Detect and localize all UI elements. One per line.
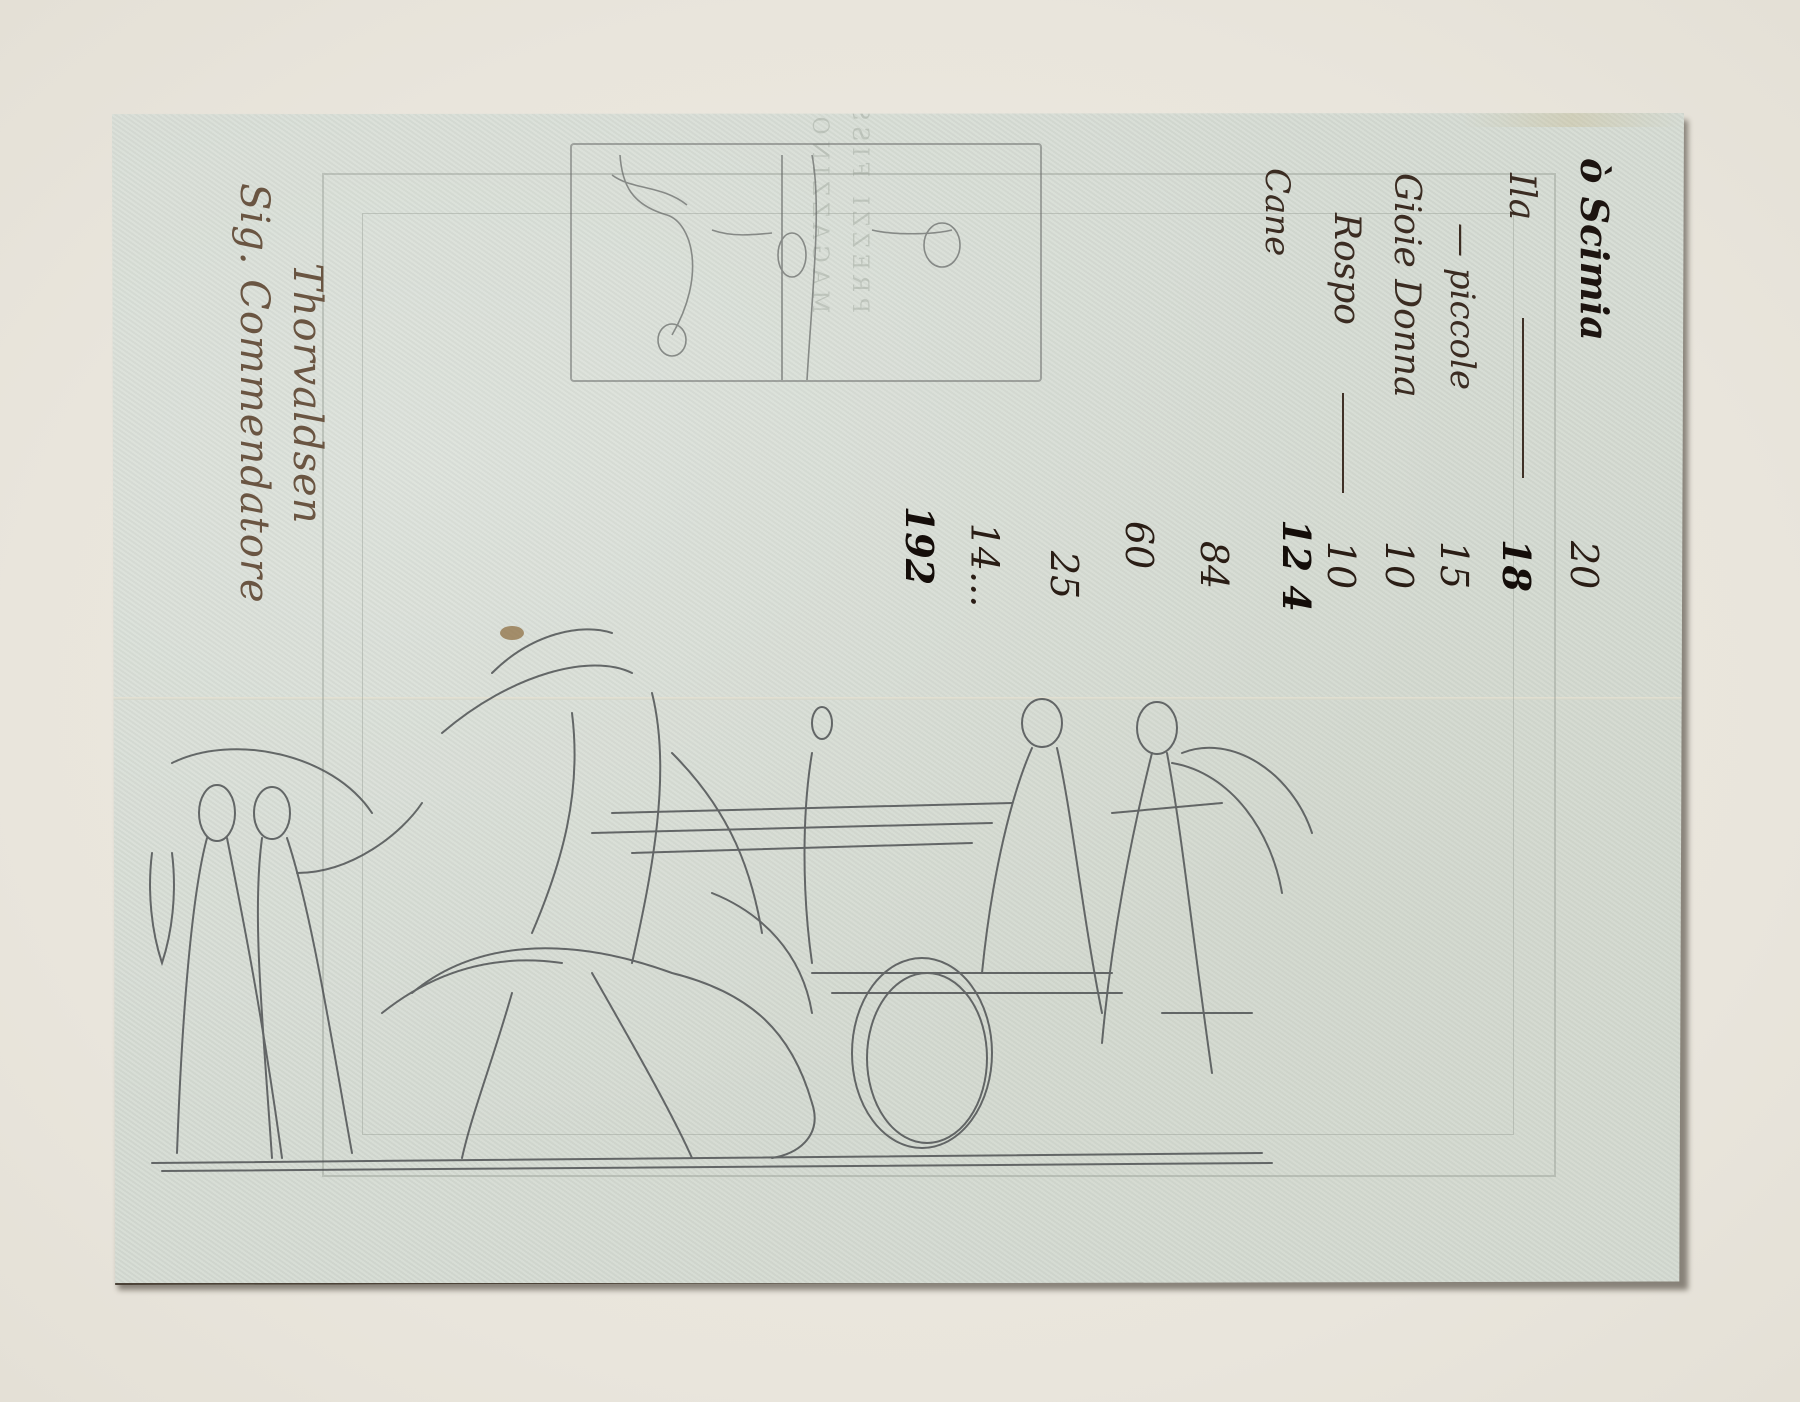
inscription-value-5: 10 [1319,541,1363,589]
inscription-value-1: 20 [1562,541,1606,589]
inscription-label-1: ò Scimia [1572,158,1617,341]
drawing-sheet: MAGAZZINO DI GIOIE PREZZI FISSI IN ROMA [112,113,1684,1285]
inscription-value-4: 10 [1377,541,1421,589]
address-line-2: Thorvaldsen [284,263,330,524]
sum-number-25: 25 [1042,551,1086,599]
inscription-value-3: 15 [1432,541,1476,589]
inscription-dash [1342,393,1344,493]
inscription-label-3: — piccole [1442,223,1482,390]
sum-number-60: 60 [1117,521,1161,569]
inscription-label-6: Cane [1257,168,1297,256]
inscription-value-6: 12 4 [1274,519,1319,612]
inscription-value-2: 18 [1494,539,1539,592]
address-line-1: Sig. Commendatore [231,183,277,604]
inscription-label-2: Ila [1501,173,1542,220]
sum-number-14: 14... [962,523,1006,608]
sum-number-84: 84 [1192,541,1236,589]
inscription-label-4: Gioie Donna [1386,173,1427,398]
sum-number-192: 192 [897,506,942,585]
inscription-dash [1522,318,1524,478]
inscription-label-5: Rospo [1326,213,1367,325]
